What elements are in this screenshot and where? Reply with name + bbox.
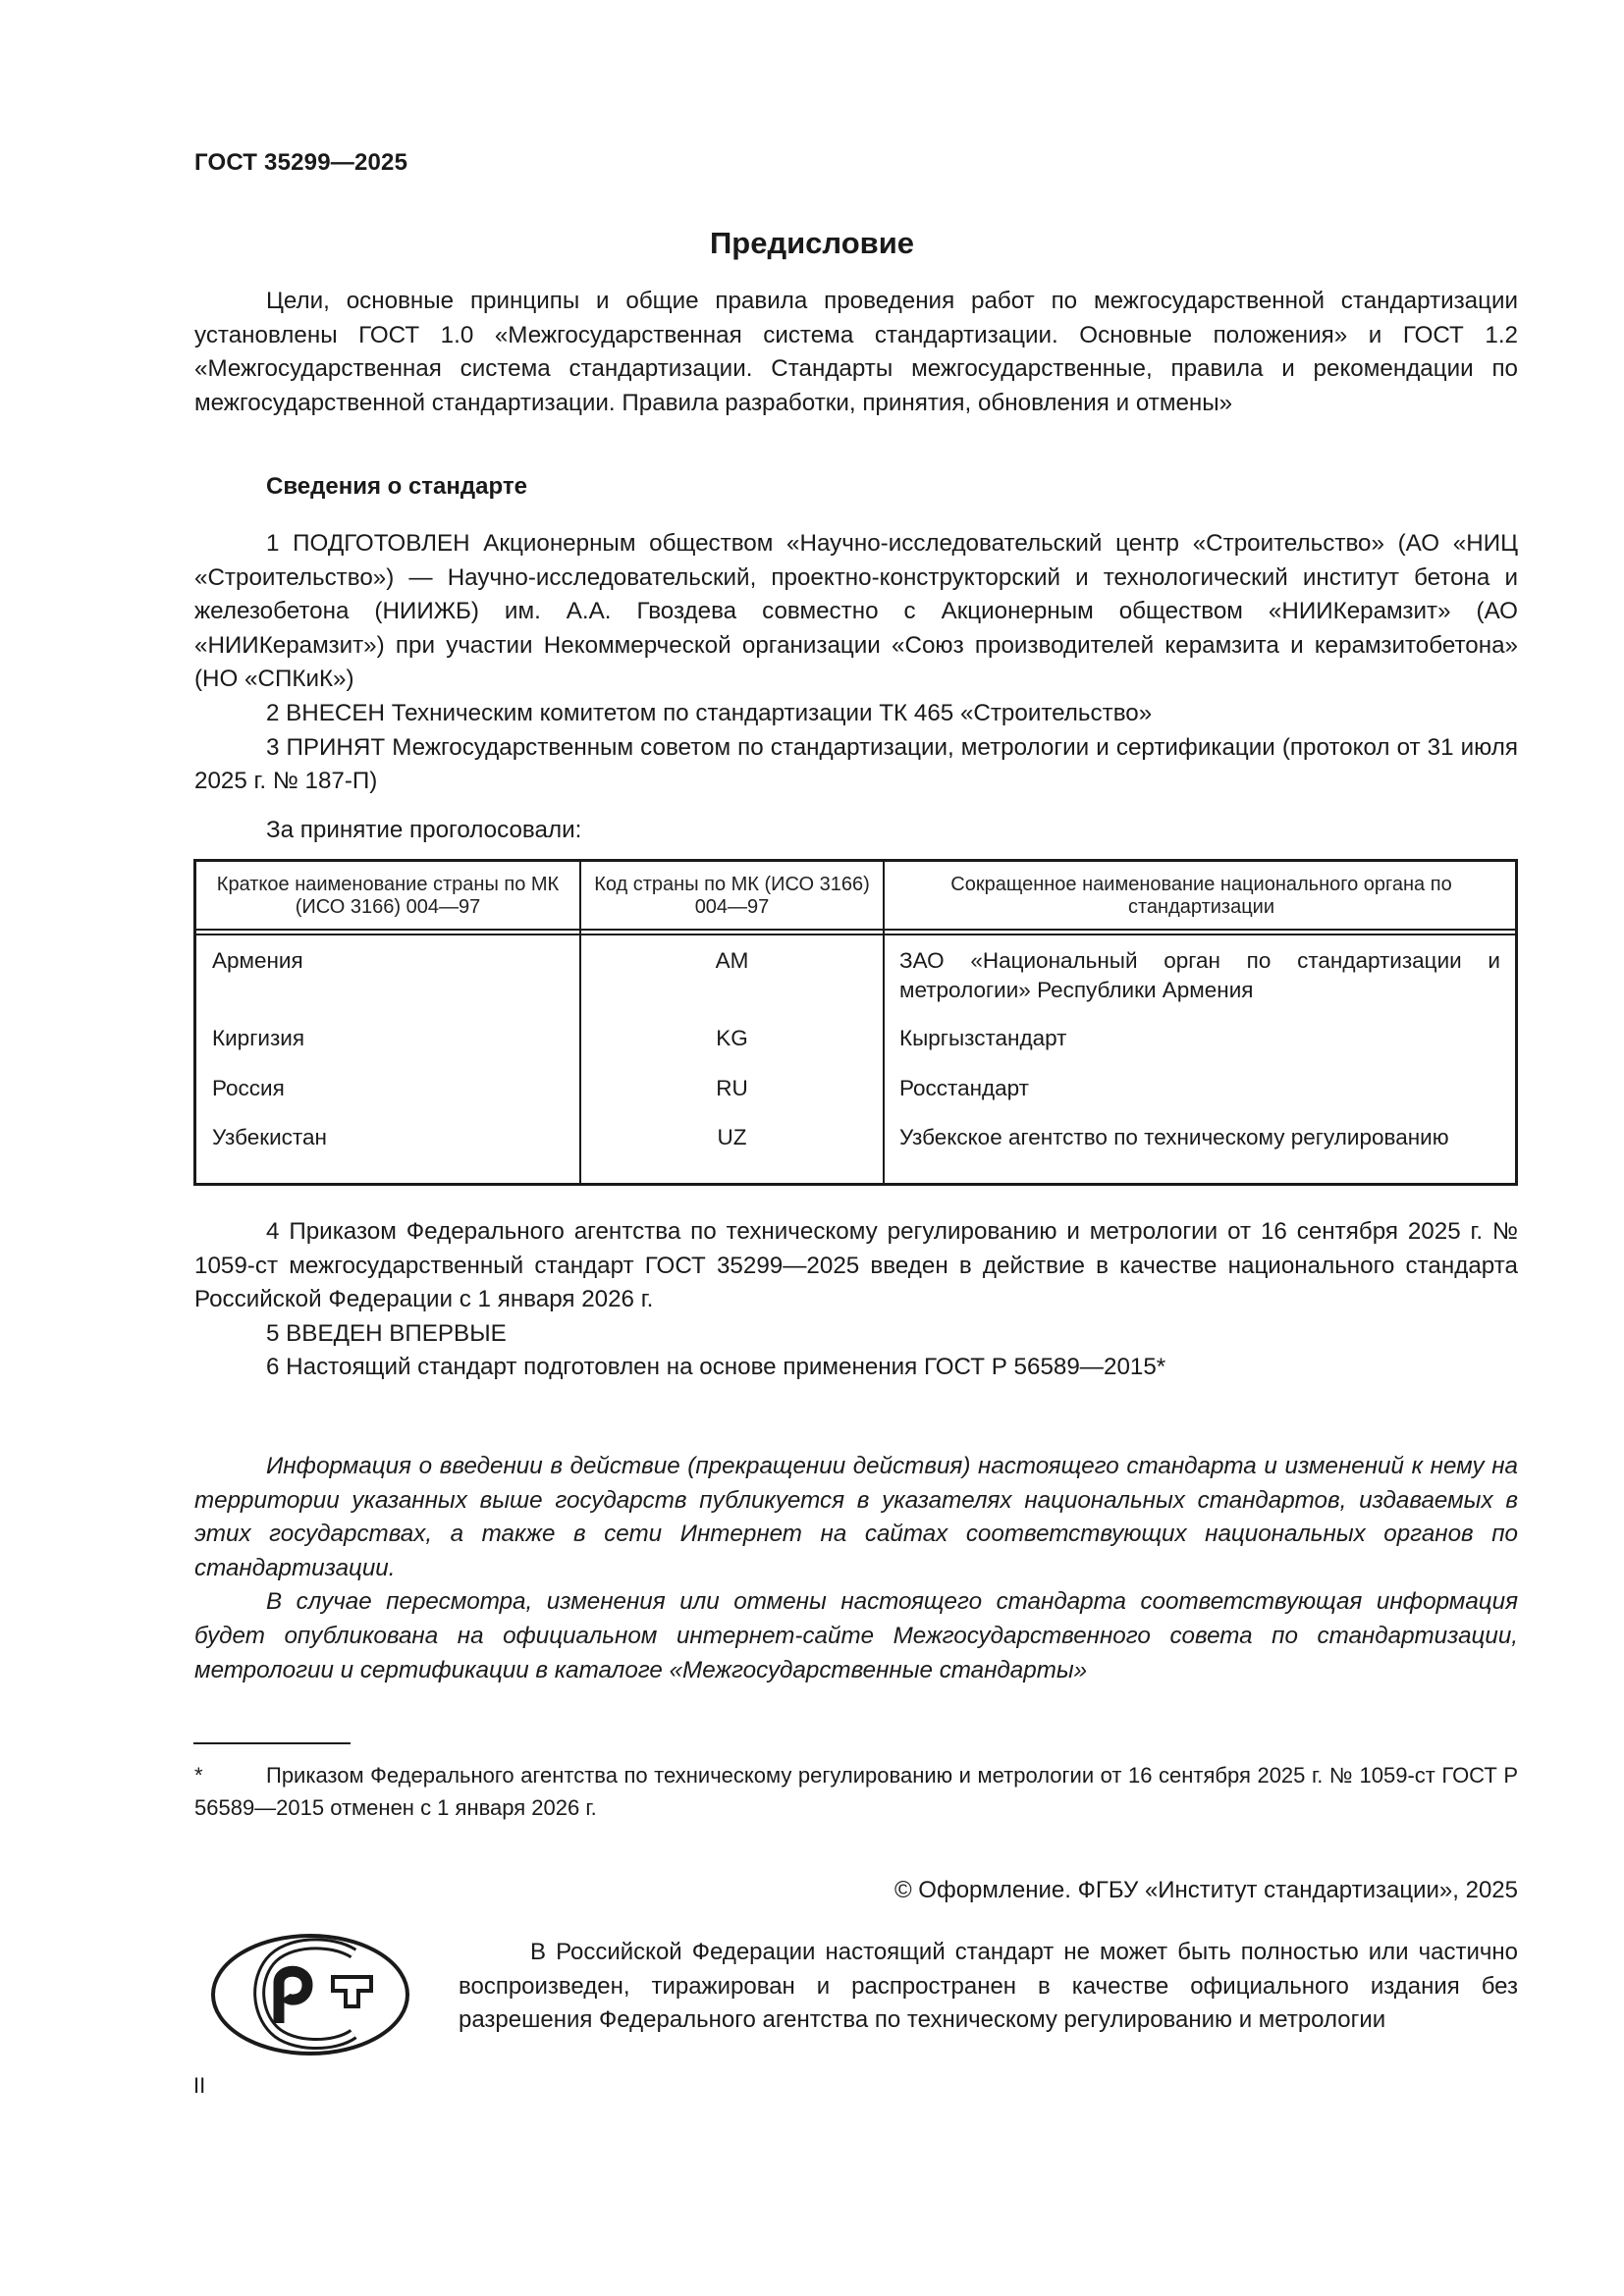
column-header-country: Краткое наименование страны по МК (ИСО 3… [196,862,579,931]
intro-text: Цели, основные принципы и общие правила … [194,288,1518,416]
info-item-2: 2 ВНЕСЕН Техническим комитетом по станда… [194,697,1518,731]
info-items: 1 ПОДГОТОВЛЕН Акционерным обществом «Нау… [194,527,1518,799]
column-header-body: Сокращенное наименование национального о… [885,862,1518,931]
info-item-3: 3 ПРИНЯТ Межгосударственным советом по с… [194,731,1518,799]
cell-body: Кыргызстандарт [899,1024,1500,1053]
column-header-code: Код страны по МК (ИСО 3166) 004—97 [581,862,883,931]
vote-intro: За принятие проголосовали: [194,814,1518,848]
intro-paragraph: Цели, основные принципы и общие правила … [194,285,1518,420]
cell-code: UZ [581,1123,883,1152]
vote-table: Краткое наименование страны по МК (ИСО 3… [193,859,1518,1186]
footnote-text: Приказом Федерального агентства по техни… [194,1763,1518,1820]
cell-body: ЗАО «Национальный орган по стандартизаци… [899,946,1500,1005]
document-code: ГОСТ 35299—2025 [194,149,407,177]
info-item-5: 5 ВВЕДЕН ВПЕРВЫЕ [194,1317,1518,1352]
footnote-separator [193,1742,351,1744]
cell-country: Киргизия [212,1024,304,1053]
copyright: © Оформление. ФГБУ «Институт стандартиза… [894,1877,1518,1904]
rst-certification-mark-icon [209,1932,411,2057]
cell-code: KG [581,1024,883,1053]
cell-body: Росстандарт [899,1074,1500,1103]
footnote: *Приказом Федерального агентства по техн… [194,1759,1518,1824]
info-item-4: 4 Приказом Федерального агентства по тех… [194,1215,1518,1317]
publication-notes: Информация о введении в действие (прекра… [194,1450,1518,1687]
adoption-items: 4 Приказом Федерального агентства по тех… [194,1215,1518,1385]
footnote-mark: * [194,1759,266,1791]
page-number: II [193,2073,205,2099]
info-heading: Сведения о стандарте [266,473,527,501]
cell-code: AM [581,946,883,976]
cell-country: Узбекистан [212,1123,327,1152]
note-publication: Информация о введении в действие (прекра… [194,1450,1518,1585]
header-divider [196,934,1515,935]
cell-body: Узбекское агентство по техническому регу… [899,1123,1500,1152]
note-revision: В случае пересмотра, изменения или отмен… [194,1585,1518,1687]
cell-country: Армения [212,946,303,976]
info-item-6: 6 Настоящий стандарт подготовлен на осно… [194,1351,1518,1385]
info-item-1: 1 ПОДГОТОВЛЕН Акционерным обществом «Нау… [194,527,1518,697]
cell-code: RU [581,1074,883,1103]
cell-country: Россия [212,1074,285,1103]
page-title: Предисловие [0,226,1624,261]
reproduction-notice: В Российской Федерации настоящий стандар… [459,1936,1518,2038]
